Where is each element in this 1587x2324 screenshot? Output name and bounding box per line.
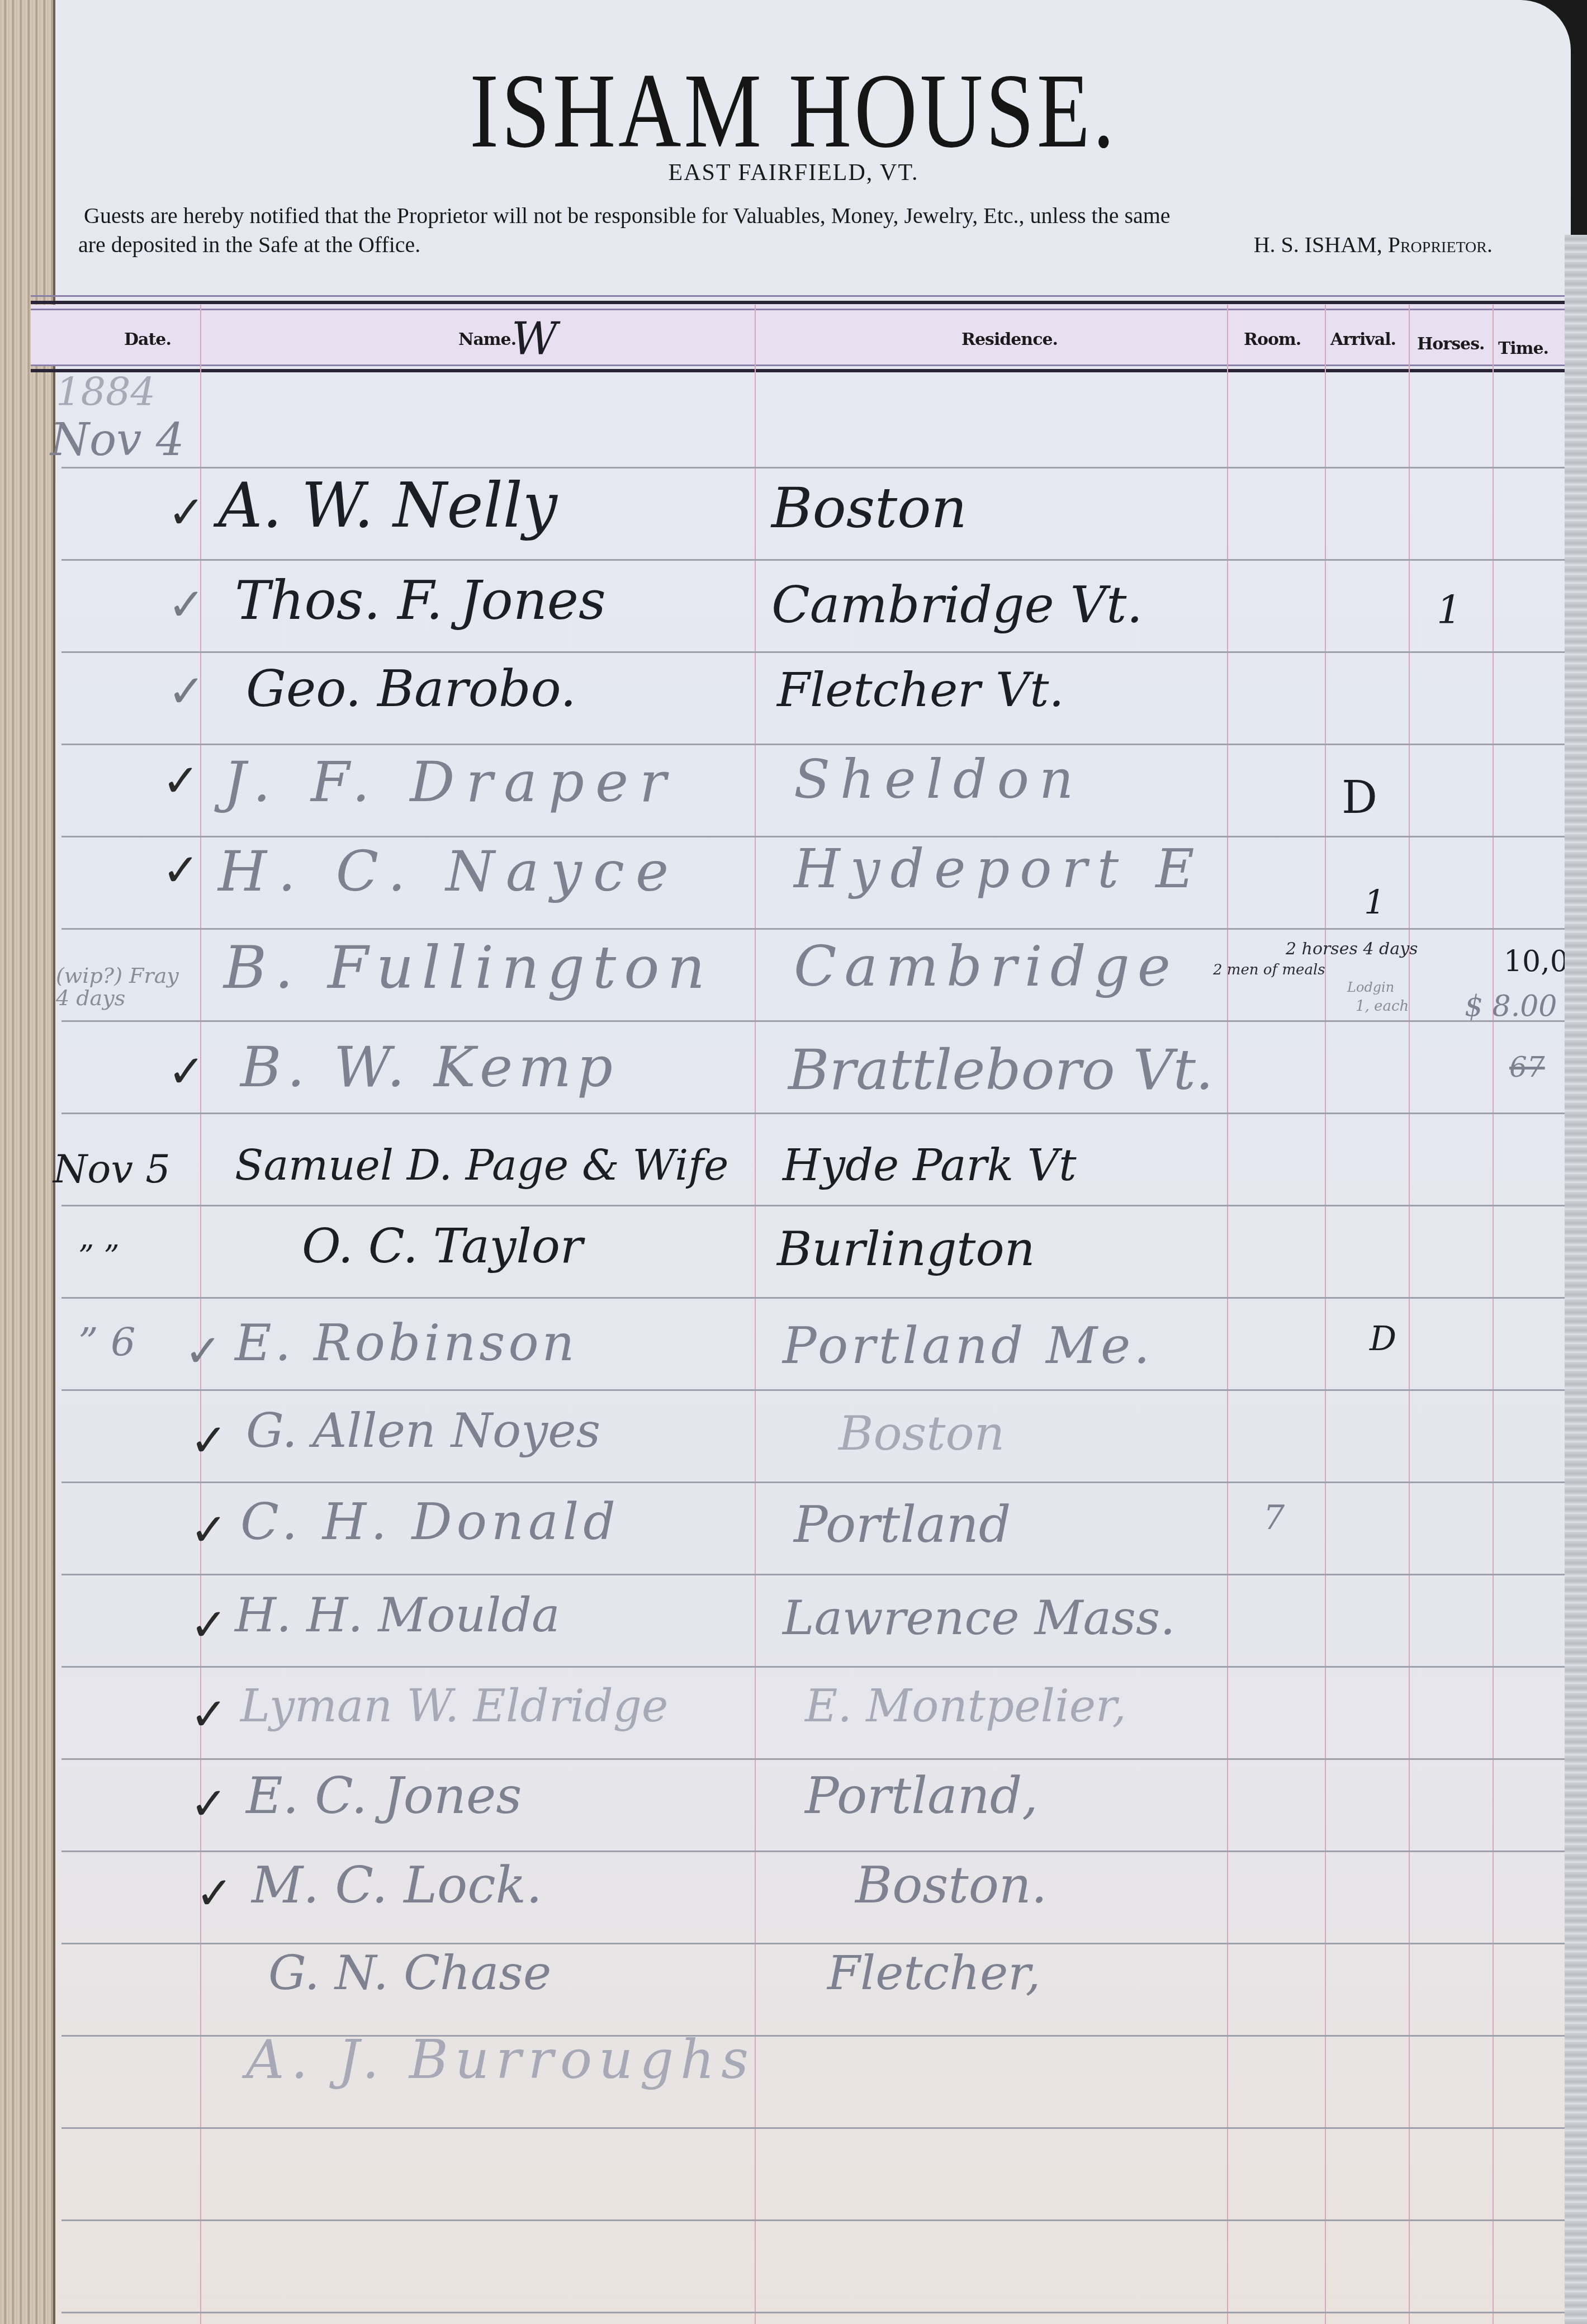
header-pencil-mark: W [511, 313, 557, 365]
checkmark-icon: ✓ [168, 579, 205, 631]
side-note: 2 horses 4 days [1286, 939, 1418, 959]
guest-name: Geo. Barobo. [246, 660, 576, 718]
checkmark-icon: ✓ [196, 1867, 233, 1919]
guest-notice: Guests are hereby notified that the Prop… [84, 201, 1537, 259]
guest-residence: Fletcher, [827, 1946, 1041, 2001]
checkmark-icon: ✓ [168, 665, 205, 717]
row-line [61, 1020, 1565, 1022]
side-note: 1, each [1356, 998, 1409, 1015]
row-line [61, 744, 1565, 745]
proprietor-signature: H. S. ISHAM, Proprietor. [1254, 230, 1493, 259]
row-line [61, 1482, 1565, 1483]
side-note: Lodgin [1347, 979, 1394, 995]
col-line-name [755, 305, 756, 2324]
guest-name: C. H. Donald [240, 1493, 620, 1551]
guest-residence: Portland [794, 1495, 1011, 1554]
row-line [61, 1297, 1565, 1299]
row-line [61, 467, 1565, 468]
guest-name: H. H. Moulda [235, 1588, 560, 1643]
guest-residence: Fletcher Vt. [777, 662, 1064, 718]
guest-name: E. C. Jones [246, 1767, 522, 1825]
col-line-arrival [1409, 305, 1410, 2324]
column-header-name: Name. [458, 330, 516, 349]
row-line [61, 651, 1565, 653]
checkmark-icon: ✓ [190, 1688, 228, 1740]
page-edge [1565, 235, 1587, 2324]
guest-residence: Boston [771, 475, 967, 541]
entry-date: ” 6 [78, 1319, 136, 1365]
row-line [61, 836, 1565, 837]
rule-header-bottom-thick [31, 369, 1571, 372]
col-line-horses [1493, 305, 1494, 2324]
row-line [61, 1850, 1565, 1852]
guest-name: E. Robinson [235, 1314, 578, 1372]
guest-residence: Hydeport E [794, 839, 1205, 900]
guest-residence: Cambridge Vt. [771, 576, 1143, 635]
row-line [61, 1205, 1565, 1206]
column-header-time: Time. [1498, 339, 1548, 358]
rule-top-thick [31, 301, 1571, 304]
checkmark-icon: ✓ [162, 755, 200, 807]
guest-name: H. C. Nayce [218, 839, 680, 904]
checkmark-icon: ✓ [190, 1504, 228, 1556]
guest-name: A. J. Burroughs [246, 2029, 755, 2091]
guest-residence: Burlington [777, 1222, 1035, 1277]
row-line [61, 1758, 1565, 1760]
room-value: 7 [1263, 1498, 1285, 1537]
arrival-value: D [1342, 771, 1377, 823]
row-line [61, 1113, 1565, 1114]
notice-line-1: Guests are hereby notified that the Prop… [84, 201, 1537, 230]
checkmark-icon: ✓ [162, 844, 200, 896]
entry-date: ” ” [78, 1238, 120, 1274]
guest-residence: Portland, [805, 1767, 1038, 1825]
row-line [61, 1666, 1565, 1668]
amount: $ 8.00 [1465, 990, 1557, 1023]
rule-top-thin-2 [31, 309, 1571, 310]
row-line [61, 559, 1565, 561]
guest-residence: Boston. [855, 1856, 1047, 1915]
guest-name: Lyman W. Eldridge [240, 1680, 668, 1732]
row-line [61, 1574, 1565, 1575]
column-header-residence: Residence. [961, 330, 1058, 349]
guest-residence: Portland Me. [783, 1317, 1153, 1375]
horses-value: 1 [1437, 587, 1462, 633]
checkmark-icon: ✓ [190, 1599, 228, 1651]
guest-name: O. C. Taylor [302, 1219, 583, 1274]
margin-note: (wip?) Fray 4 days [56, 964, 184, 1009]
entry-date: Nov 4 [50, 414, 184, 466]
checkmark-icon: ✓ [190, 1778, 228, 1830]
row-line [61, 1389, 1565, 1391]
col-line-residence [1227, 305, 1228, 2324]
checkmark-icon: ✓ [168, 486, 205, 538]
time-value: 67 [1509, 1051, 1545, 1083]
year-note: 1884 [56, 369, 155, 415]
guest-residence: Sheldon [794, 749, 1083, 811]
guest-name: B. W. Kemp [240, 1034, 618, 1100]
horses-value: 1 [1364, 883, 1385, 922]
checkmark-icon: ✓ [190, 1414, 228, 1466]
rule-header-bottom-thin [31, 365, 1571, 366]
checkmark-icon: ✓ [184, 1325, 222, 1377]
guest-name: Thos. F. Jones [235, 570, 606, 632]
guest-name: A. W. Nelly [218, 470, 557, 541]
side-note: 2 men of meals [1213, 962, 1325, 978]
guest-residence: E. Montpelier, [805, 1680, 1126, 1732]
guest-residence: Cambridge [794, 934, 1178, 999]
row-line [61, 2312, 1565, 2313]
location-subtitle: EAST FAIRFIELD, VT. [0, 159, 1587, 186]
guest-name: G. N. Chase [268, 1946, 551, 2001]
rule-top-thin [31, 295, 1571, 297]
row-line [61, 928, 1565, 930]
checkmark-icon: ✓ [168, 1045, 205, 1097]
guest-name: Samuel D. Page & Wife [235, 1140, 728, 1190]
guest-name: B. Fullington [224, 934, 713, 1002]
entry-date: Nov 5 [53, 1146, 170, 1192]
page-title: ISHAM HOUSE. [143, 50, 1444, 172]
guest-residence: Brattleboro Vt. [788, 1037, 1214, 1102]
guest-residence: Hyde Park Vt [783, 1140, 1076, 1191]
row-line [61, 2127, 1565, 2129]
arrival-value: D [1370, 1319, 1396, 1359]
column-header-arrival: Arrival. [1330, 330, 1396, 349]
column-header-horses: Horses. [1417, 334, 1484, 354]
guest-name: M. C. Lock. [252, 1856, 542, 1915]
guest-residence: Boston [838, 1406, 1005, 1461]
guest-name: J. F. Draper [224, 749, 678, 815]
guest-name: G. Allen Noyes [246, 1403, 600, 1459]
notice-line-2: are deposited in the Safe at the Office. [78, 230, 420, 259]
guest-residence: Lawrence Mass. [783, 1591, 1175, 1646]
row-line [61, 1943, 1565, 1944]
register-page: ISHAM HOUSE. EAST FAIRFIELD, VT. Guests … [0, 0, 1571, 2324]
column-header-date: Date. [124, 330, 171, 349]
col-line-room [1325, 305, 1326, 2324]
row-line [61, 2219, 1565, 2221]
column-header-room: Room. [1244, 330, 1301, 349]
